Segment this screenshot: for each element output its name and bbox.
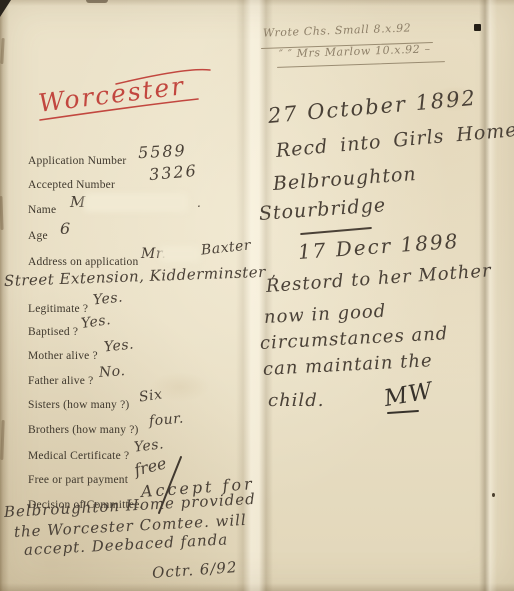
deckle-edge-mark: [0, 420, 4, 460]
brothers-value: four.: [148, 411, 184, 430]
sisters-value: Six: [138, 386, 163, 405]
form-row-baptised: Baptised ?: [28, 322, 78, 340]
entry1-line-2: Belbroughton: [272, 163, 417, 195]
baptised-value: Yes.: [80, 312, 112, 332]
address-redaction-blur: [160, 246, 200, 262]
name-period-mark: .: [197, 196, 201, 210]
corner-tear-mark: [0, 0, 11, 17]
field-label: Mother alive ?: [28, 350, 98, 362]
deckle-edge-mark: [0, 196, 4, 230]
application-number-value: 5589: [138, 141, 188, 163]
age-value: 6: [60, 219, 70, 238]
form-row-sisters: Sisters (how many ?): [28, 395, 129, 413]
mother-alive-value: Yes.: [103, 336, 134, 355]
form-row-name: Name: [28, 200, 56, 218]
red-flourish: [28, 58, 248, 128]
legitimate-value: Yes.: [92, 289, 123, 308]
field-label: Free or part payment: [28, 474, 128, 486]
form-row-brothers: Brothers (how many ?): [28, 420, 139, 438]
pencil-note-1: Wrote Chs. Small 8.x.92: [263, 21, 412, 39]
field-label: Age: [28, 230, 48, 242]
punch-dot: [474, 24, 481, 31]
field-label: Application Number: [28, 155, 126, 167]
field-label: Legitimate ?: [28, 303, 88, 315]
field-label: Sisters (how many ?): [28, 399, 129, 411]
field-label: Baptised ?: [28, 326, 78, 338]
father-alive-value: No.: [98, 363, 125, 381]
stourbridge-underline: [300, 227, 372, 235]
entry1-date: 27 October 1892: [267, 86, 478, 128]
form-row-medical-certificate: Medical Certificate ?: [28, 446, 129, 464]
form-row-mother-alive: Mother alive ?: [28, 346, 98, 364]
form-row-father-alive: Father alive ?: [28, 371, 93, 389]
field-label: Accepted Number: [28, 179, 115, 191]
deckle-edge-mark: [0, 38, 4, 64]
form-row-payment: Free or part payment: [28, 470, 128, 488]
pen-downstroke: [155, 455, 185, 515]
form-row-application-number: Application Number: [28, 151, 126, 169]
entry2-line-1: Restord to her Mother: [265, 260, 492, 297]
entry1-line-1: Recd into Girls Home: [275, 119, 514, 162]
form-row-accepted-number: Accepted Number: [28, 175, 115, 193]
accepted-number-value: 3326: [148, 161, 198, 184]
entry1-line-3: Stourbridge: [258, 194, 387, 225]
form-row-legitimate: Legitimate ?: [28, 299, 88, 317]
pencil-note-2: ″ ″ Mrs Marlow 10.x.92 –: [279, 42, 431, 60]
entry2-line-3: circumstances and: [259, 323, 448, 354]
field-label: Father alive ?: [28, 375, 93, 387]
form-row-age: Age: [28, 226, 48, 244]
address-surname: Baxter: [200, 237, 252, 258]
field-label: Brothers (how many ?): [28, 424, 139, 436]
entry2-initials: MW: [382, 378, 435, 412]
entry2-line-4: can maintain the: [262, 350, 433, 380]
entry2-line-2: now in good: [263, 301, 386, 328]
document-scan: Worcester Wrote Chs. Small 8.x.92 ″ ″ Mr…: [0, 0, 514, 591]
field-label: Address on application: [28, 256, 138, 268]
medical-certificate-value: Yes.: [133, 436, 165, 456]
field-label: Name: [28, 204, 56, 216]
entry2-line-5: child.: [268, 390, 324, 411]
decision-date: Octr. 6/92: [151, 558, 238, 582]
entry2-date: 17 Decr 1898: [297, 229, 460, 264]
paper-speck: [492, 493, 495, 497]
field-label: Medical Certificate ?: [28, 450, 129, 462]
top-edge-notch: [86, 0, 108, 3]
pencil-underline-2: [277, 61, 445, 68]
name-redaction-blur: [84, 193, 188, 212]
